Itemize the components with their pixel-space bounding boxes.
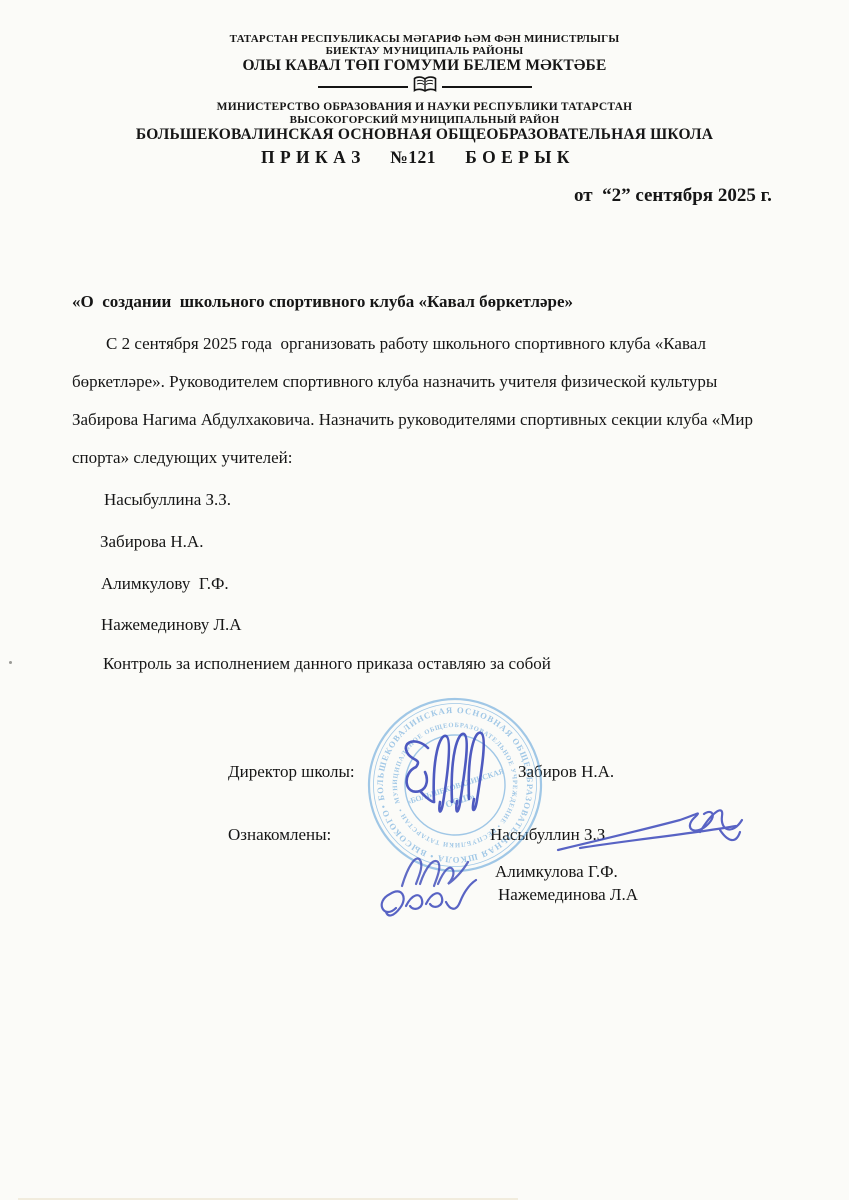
open-book-icon	[413, 76, 437, 98]
divider-line-right	[442, 86, 532, 88]
scanned-order-document: ТАТАРСТАН РЕСПУБЛИКАСЫ МӘГАРИФ ҺӘМ ФӘН М…	[0, 0, 849, 1200]
nasybullin-signature	[558, 810, 742, 850]
letterhead-tatar-district: БИЕКТАУ МУНИЦИПАЛЬ РАЙОНЫ	[0, 45, 849, 57]
paragraph-line: спорта» следующих учителей:	[72, 448, 292, 468]
paragraph-line: С 2 сентября 2025 года организовать рабо…	[106, 334, 706, 354]
control-statement: Контроль за исполнением данного приказа …	[103, 654, 551, 674]
school-stamp: • БОЛЬШЕКОВАЛИНСКАЯ ОСНОВНАЯ ОБЩЕОБРАЗОВ…	[350, 690, 563, 901]
letterhead: ТАТАРСТАН РЕСПУБЛИКАСЫ МӘГАРИФ ҺӘМ ФӘН М…	[0, 33, 849, 143]
paragraph-line: бөркетләре». Руководителем спортивного к…	[72, 372, 717, 392]
ink-layer: • БОЛЬШЕКОВАЛИНСКАЯ ОСНОВНАЯ ОБЩЕОБРАЗОВ…	[350, 690, 770, 940]
acknowledged-label: Ознакомлены:	[228, 825, 331, 845]
director-label: Директор школы:	[228, 762, 355, 782]
nazhemedinova-signature	[382, 880, 476, 915]
paragraph-line: Забирова Нагима Абдулхаковича. Назначить…	[72, 410, 753, 430]
letterhead-russian-ministry: МИНИСТЕРСТВО ОБРАЗОВАНИЯ И НАУКИ РЕСПУБЛ…	[0, 101, 849, 114]
teacher-list-item: Забирова Н.А.	[100, 532, 203, 552]
teacher-list-item: Насыбуллина З.З.	[104, 490, 231, 510]
teacher-list-item: Алимкулову Г.Ф.	[101, 574, 229, 594]
letterhead-russian-district: ВЫСОКОГОРСКИЙ МУНИЦИПАЛЬНЫЙ РАЙОН	[0, 114, 849, 126]
teacher-list-item: Нажемединову Л.А	[101, 615, 242, 635]
letterhead-russian-school: БОЛЬШЕКОВАЛИНСКАЯ ОСНОВНАЯ ОБЩЕОБРАЗОВАТ…	[0, 126, 849, 143]
order-title: П Р И К А З №121 Б О Е Р Ы К	[261, 147, 570, 168]
order-subject: «О создании школьного спортивного клуба …	[72, 292, 573, 312]
scan-artifact-dot	[9, 661, 12, 664]
letterhead-tatar-ministry: ТАТАРСТАН РЕСПУБЛИКАСЫ МӘГАРИФ ҺӘМ ФӘН М…	[0, 33, 849, 45]
letterhead-tatar-school: ОЛЫ КАВАЛ ТӨП ГОМУМИ БЕЛЕМ МӘКТӘБЕ	[0, 57, 849, 74]
letterhead-divider	[0, 76, 849, 98]
divider-line-left	[318, 86, 408, 88]
order-date: от “2” сентября 2025 г.	[574, 185, 772, 207]
